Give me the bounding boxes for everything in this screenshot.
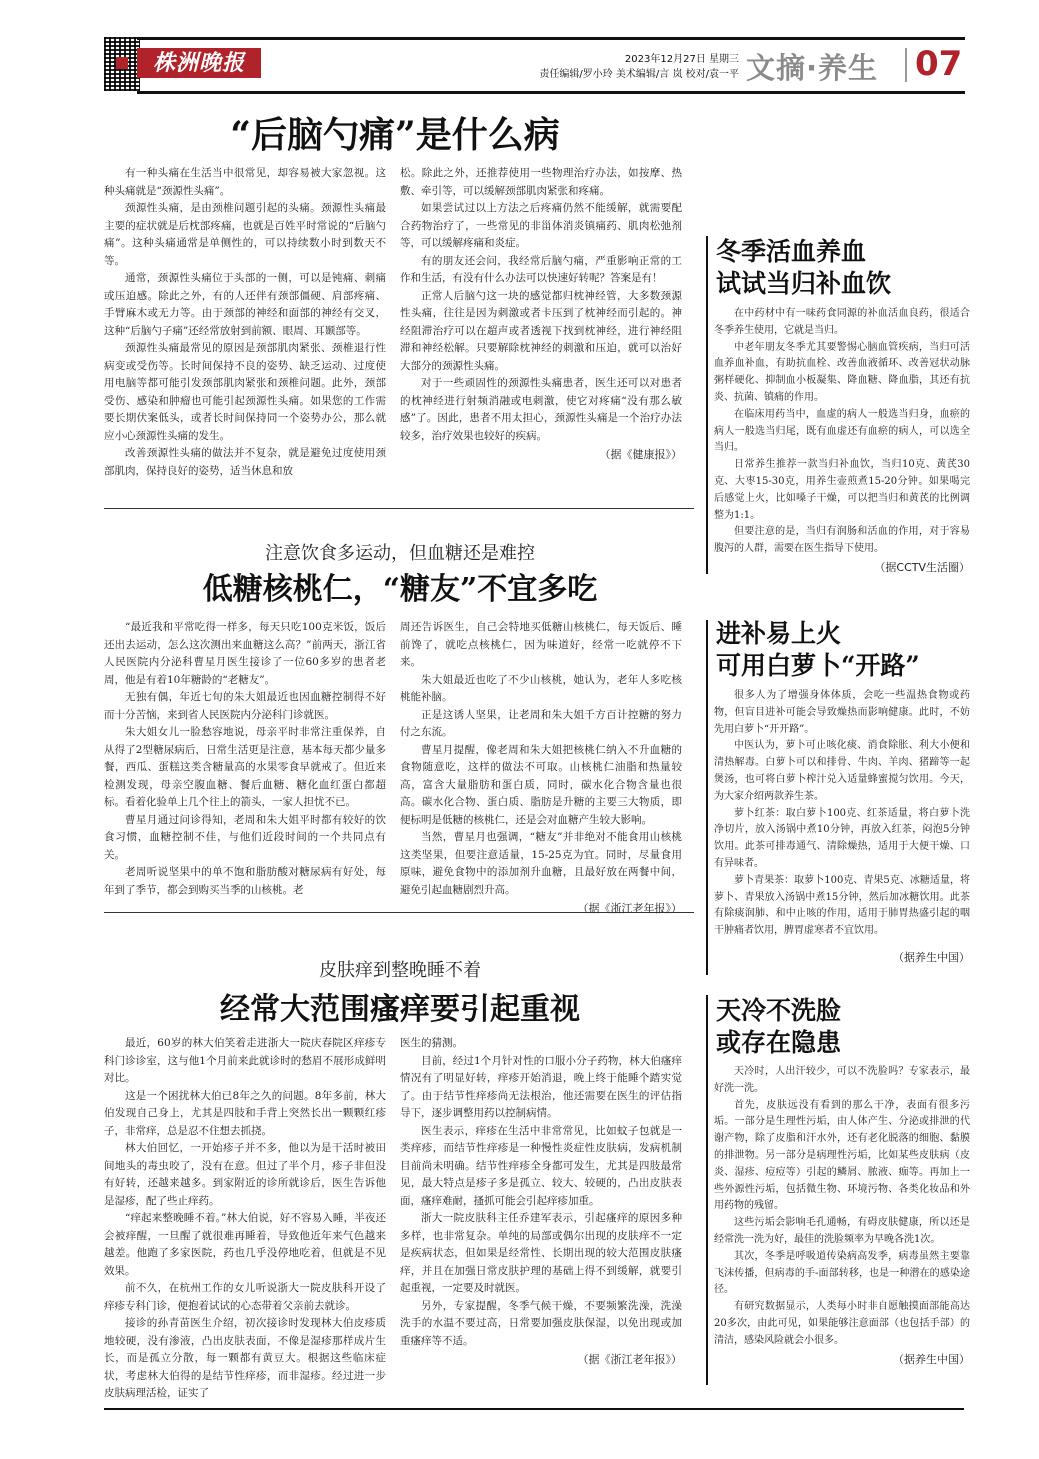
paragraph: 曹星月提醒，像老周和朱大姐把核桃仁纳入不升血糖的食物随意吃，这样的做法不可取。山… [400,742,682,830]
paragraph: 老周听说坚果中的单不饱和脂肪酸对糖尿病有好处，每年到了季节，都会到购买当季的山核… [104,864,386,899]
paragraph: 这些污垢会影响毛孔通畅，有碍皮肤健康，所以还是经常洗一洗为好，最佳的洗脸频率为早… [714,1215,970,1249]
paragraph: 其次，冬季是呼吸道传染病高发季，病毒虽然主要靠飞沫传播，但病毒的手-面部转移，也… [714,1249,970,1299]
article2-column-2: 周还告诉医生，自己会特地买低糖山核桃仁，每天饭后、睡前馋了，就吃点核桃仁，因为味… [400,619,682,919]
masthead-logo: 株洲晚报 [137,48,261,78]
article1-column-2: 松。除此之外，还推荐使用一些物理治疗办法，如按摩、热敷、牵引等，可以缓解颈部肌肉… [400,165,682,465]
headline-line: 或存在隐患 [716,1027,841,1059]
headline-line: 进补易上火 [716,618,920,650]
paragraph: 曹星月通过问诊得知，老周和朱大姐平时都有较好的饮食习惯，血糖控制不佳，与他们近段… [104,812,386,865]
paragraph: 颈源性头痛最常见的原因是颈部肌肉紧张、颈椎退行性病变或受伤等。长时间保持不良的姿… [104,340,386,445]
issue-date: 2023年12月27日 星期三 [539,52,739,67]
article1-column-1: 有一种头痛在生活当中很常见，却容易被大家忽视。这种头痛就是“颈源性头痛”。 颈源… [104,165,386,480]
article3-column-1: 最近，60岁的林大伯笑着走进浙大一院庆春院区痒疹专科门诊诊室，这与他1个月前来此… [104,1035,386,1403]
sidebar-story2-body: 很多人为了增强身体体质，会吃一些温热食物或药物，但盲目进补可能会导致燥热而影响健… [714,688,970,968]
paragraph: 有一种头痛在生活当中很常见，却容易被大家忽视。这种头痛就是“颈源性头痛”。 [104,165,386,200]
paragraph: 有研究数据显示，人类每小时非自愿触摸面部能高达20多次，由此可见，如果能够注意面… [714,1299,970,1349]
headline-line: 可用白萝卜“开路” [716,650,920,682]
paragraph: 对于一些顽固性的颈源性头痛患者，医生还可以对患者的枕神经进行射频消融或电刺激，使… [400,375,682,445]
paragraph: 当然，曹星月也强调，“糖友”并非绝对不能食用山核桃这类坚果，但要注意适量，15-… [400,829,682,899]
paragraph: 正是这诱人坚果，让老周和朱大姐千方百计控糖的努力付之东流。 [400,707,682,742]
paragraph: 浙大一院皮肤科主任乔建军表示，引起瘙痒的原因多种多样，也非常复杂。单纯的局部或偶… [400,1210,682,1298]
paragraph: 在临床用药当中，血虚的病人一般选当归身，血瘀的病人一般选当归尾，既有血虚还有血瘀… [714,407,970,457]
sidebar-story3-body: 天冷时，人出汗较少，可以不洗脸吗？专家表示，最好洗一洗。 首先，皮肤远没有看到的… [714,1064,970,1370]
paragraph: 在中药材中有一味药食同源的补血活血良药，很适合冬季养生使用，它就是当归。 [714,306,970,340]
paragraph: 前不久，在杭州工作的女儿听说浙大一院皮肤科开设了痒疹专科门诊，便抱着试试的心态带… [104,1280,386,1315]
paragraph: 这是一个困扰林大伯已8年之久的问题。8年多前，林大伯发现自己身上，尤其是四肢和手… [104,1088,386,1141]
paragraph: 天冷时，人出汗较少，可以不洗脸吗？专家表示，最好洗一洗。 [714,1064,970,1098]
paragraph: 中老年朋友冬季尤其要警惕心脑血管疾病，当归可活血养血补血，有助抗血栓、改善血液循… [714,340,970,407]
sidebar-rule [706,995,708,1385]
article2-headline: 低糖核桃仁，“糖友”不宜多吃 [100,570,700,610]
paragraph: 中医认为，萝卜可止咳化痰、消食除胀、利大小便和清热解毒。白萝卜可以和排骨、牛肉、… [714,738,970,805]
article2-column-1: “最近我和平常吃得一样多，每天只吃100克米饭，饭后还出去运动，怎么这次测出来血… [104,619,386,899]
paragraph: 颈源性头痛，是由颈椎问题引起的头痛。颈源性头痛最主要的症状就是后枕部疼痛，也就是… [104,200,386,270]
headline-line: 冬季活血养血 [716,236,891,268]
editor-credits: 责任编辑/罗小玲 美术编辑/言 岚 校对/袁一平 [539,67,739,82]
paragraph: 无独有偶，年近七旬的朱大姐最近也因血糖控制得不好而十分苦恼，来到省人民医院内分泌… [104,689,386,724]
sidebar-rule [706,236,708,574]
paragraph: 松。除此之外，还推荐使用一些物理治疗办法，如按摩、热敷、牵引等，可以缓解颈部肌肉… [400,165,682,200]
paragraph: 如果尝试过以上方法之后疼痛仍然不能缓解，就需要配合药物治疗了，一些常见的非甾体消… [400,200,682,253]
page-number: 07 [915,44,962,84]
paragraph: “最近我和平常吃得一样多，每天只吃100克米饭，饭后还出去运动，怎么这次测出来血… [104,619,386,689]
article2-subheadline: 注意饮食多运动，但血糖还是难控 [100,541,700,567]
paragraph: 很多人为了增强身体体质，会吃一些温热食物或药物，但盲目进补可能会导致燥热而影响健… [714,688,970,738]
paragraph: 有的朋友还会问，我经常后脑勺痛，严重影响正常的工作和生活，有没有什么办法可以快速… [400,253,682,288]
paragraph: 日常养生推荐一款当归补血饮，当归10克、黄芪30克、大枣15-30克，用养生壶煎… [714,457,970,524]
sidebar-story3-headline: 天冷不洗脸 或存在隐患 [716,995,841,1059]
section-title: 文摘·养生 [746,46,878,87]
article1-source: （据《健康报》） [400,445,682,465]
sidebar-story3-source: （据养生中国） [714,1350,970,1370]
sidebar-story2-source: （据养生中国） [714,948,970,968]
paragraph: 接诊的孙青苗医生介绍，初次接诊时发现林大伯皮疹质地较硬，没有渗液，凸出皮肤表面，… [104,1315,386,1403]
paragraph: 林大伯回忆，一开始疹子并不多，他以为是干活时被田间地头的毒虫咬了，没有在意。但过… [104,1140,386,1210]
qr-code-icon [104,37,140,91]
header-bottom-rule [137,91,965,94]
paragraph: 医生的猜测。 [400,1035,682,1053]
paragraph: 目前，经过1个月针对性的口服小分子药物，林大伯瘙痒情况有了明显好转，痒疹开始消退… [400,1053,682,1123]
paragraph: “痒起来整晚睡不着。”林大伯说，好不容易入睡，半夜还会被痒醒，一旦醒了就很难再睡… [104,1210,386,1280]
article1-headline: “后脑勺痛”是什么病 [100,113,690,157]
paragraph: 通常，颈源性头痛位于头部的一侧，可以是钝痛、刺痛或压迫感。除此之外，有的人还伴有… [104,270,386,340]
paragraph: 另外，专家提醒，冬季气候干燥，不要频繁洗澡，洗澡洗手的水温不要过高，日常要加强皮… [400,1298,682,1351]
dateline: 2023年12月27日 星期三 责任编辑/罗小玲 美术编辑/言 岚 校对/袁一平 [539,52,739,82]
paragraph: 改善颈源性头痛的做法并不复杂，就是避免过度使用颈部肌肉，保持良好的姿势，适当休息… [104,445,386,480]
headline-line: 试试当归补血饮 [716,268,891,300]
paragraph: 朱大姐女儿一脸愁容地说，母亲平时非常注重保养，自从得了2型糖尿病后，日常生活更是… [104,724,386,812]
article3-source: （据《浙江老年报》） [400,1350,682,1370]
sidebar-story1-source: （据CCTV生活圈） [714,558,970,578]
divider [104,508,694,509]
sidebar-story1-headline: 冬季活血养血 试试当归补血饮 [716,236,891,300]
section-divider [905,48,907,82]
headline-line: 天冷不洗脸 [716,995,841,1027]
paragraph: 周还告诉医生，自己会特地买低糖山核桃仁，每天饭后、睡前馋了，就吃点核桃仁，因为味… [400,619,682,672]
page-bottom-rule [104,1408,964,1410]
sidebar-story2-headline: 进补易上火 可用白萝卜“开路” [716,618,920,682]
paragraph: 萝卜青果茶：取萝卜100克、青果5克、冰糖适量，将萝卜、青果放入汤锅中煮15分钟… [714,873,970,940]
article3-column-2: 医生的猜测。 目前，经过1个月针对性的口服小分子药物，林大伯瘙痒情况有了明显好转… [400,1035,682,1370]
header-top-rule [137,37,965,40]
article3-headline: 经常大范围瘙痒要引起重视 [100,990,700,1030]
paragraph: 朱大姐最近也吃了不少山核桃，她认为，老年人多吃核桃能补脑。 [400,672,682,707]
paragraph: 医生表示，痒疹在生活中非常常见，比如蚊子包就是一类痒疹，而结节性痒疹是一种慢性炎… [400,1123,682,1211]
paragraph: 正常人后脑勺这一块的感觉都归枕神经管，大多数颈源性头痛，往往是因为刺激或者卡压到… [400,288,682,376]
sidebar-rule [706,620,708,975]
paragraph: 但要注意的是，当归有润肠和活血的作用，对于容易腹泻的人群，需要在医生指导下使用。 [714,524,970,558]
paragraph: 萝卜红茶：取白萝卜100克、红茶适量，将白萝卜洗净切片，放入汤锅中煮10分钟，再… [714,806,970,873]
article2-source: （据《浙江老年报》） [400,899,682,919]
paragraph: 首先，皮肤远没有看到的那么干净，表面有很多污垢。一部分是生理性污垢，由人体产生、… [714,1098,970,1216]
sidebar-story1-body: 在中药材中有一味药食同源的补血活血良药，很适合冬季养生使用，它就是当归。 中老年… [714,306,970,578]
divider [104,912,694,913]
article3-subheadline: 皮肤痒到整晚睡不着 [100,958,700,984]
paragraph: 最近，60岁的林大伯笑着走进浙大一院庆春院区痒疹专科门诊诊室，这与他1个月前来此… [104,1035,386,1088]
